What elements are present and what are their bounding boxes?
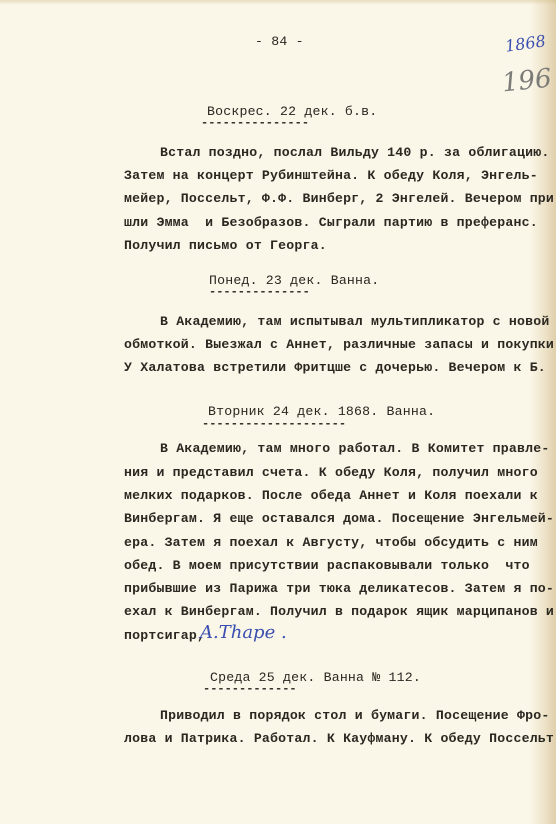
entry-line: У Халатова встретили Фритцше с дочерью. …	[124, 360, 546, 376]
entry-line: Затем на концерт Рубинштейна. К обеду Ко…	[124, 168, 538, 184]
entry-line: обед. В моем присутствии распаковывали т…	[124, 558, 530, 574]
handwritten-insertion: A.Thape .	[200, 622, 287, 643]
handwritten-year: 1868	[504, 31, 547, 55]
heading-underline: -------------	[203, 682, 297, 696]
entry-line: ехал к Винбергам. Получил в подарок ящик…	[124, 604, 554, 620]
entry-line: Встал поздно, послал Вильду 140 р. за об…	[160, 145, 549, 161]
heading-underline: --------------	[209, 285, 310, 299]
entry-line: мелких подарков. После обеда Аннет и Кол…	[124, 488, 538, 504]
entry-line: прибывшие из Парижа три тюка деликатесов…	[124, 581, 554, 597]
entry-line: ния и представил счета. К обеду Коля, по…	[124, 465, 538, 481]
heading-underline: --------------------	[202, 417, 346, 431]
entry-line: лова и Патрика. Работал. К Кауфману. К о…	[124, 731, 554, 747]
entry-line: Винбергам. Я еще оставался дома. Посещен…	[124, 511, 554, 527]
entry-line: В Академию, там испытывал мультипликатор…	[160, 314, 549, 330]
entry-line: шли Эмма и Безобразов. Сыграли партию в …	[124, 215, 538, 231]
entry-line: Приводил в порядок стол и бумаги. Посеще…	[160, 708, 549, 724]
entry-line: мейер, Поссельт, Ф.Ф. Винберг, 2 Энгелей…	[124, 191, 556, 207]
page-number: - 84 -	[255, 34, 304, 50]
entry-line: ера. Затем я поехал к Августу, чтобы обс…	[124, 535, 538, 551]
entry-line: В Академию, там много работал. В Комитет…	[160, 441, 549, 457]
entry-line: обмоткой. Выезжал с Аннет, различные зап…	[124, 337, 556, 353]
handwritten-folio-number: 196	[501, 63, 554, 98]
entry-line: портсигар,	[124, 628, 205, 644]
entry-line: Получил письмо от Георга.	[124, 238, 327, 254]
heading-underline: ---------------	[201, 116, 309, 130]
